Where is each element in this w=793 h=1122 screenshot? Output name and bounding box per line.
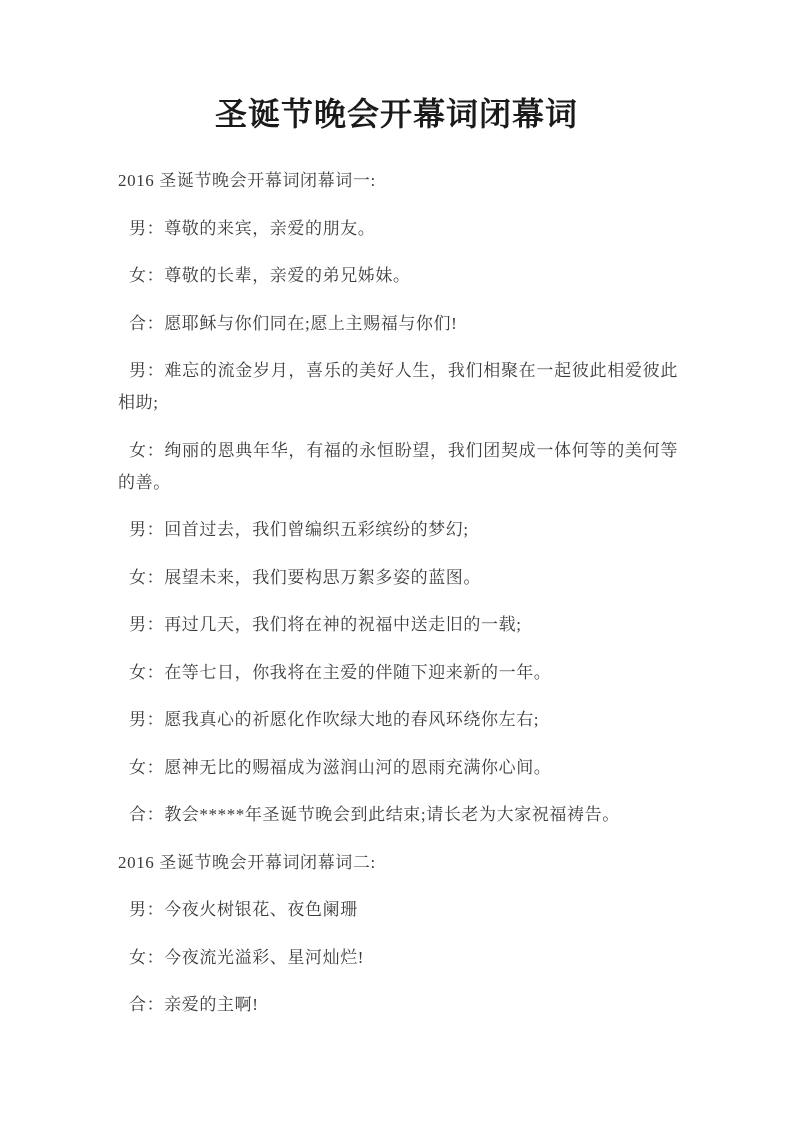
section-heading: 2016 圣诞节晚会开幕词闭幕词一: <box>118 165 678 197</box>
document-page: 圣诞节晚会开幕词闭幕词 2016 圣诞节晚会开幕词闭幕词一: 男：尊敬的来宾，亲… <box>0 0 793 1122</box>
dialog-line: 合：愿耶稣与你们同在;愿上主赐福与你们! <box>118 308 678 340</box>
dialog-line: 女：绚丽的恩典年华，有福的永恒盼望，我们团契成一体何等的美何等的善。 <box>118 435 678 499</box>
dialog-line: 女：今夜流光溢彩、星河灿烂! <box>118 942 678 974</box>
dialog-line: 男：尊敬的来宾，亲爱的朋友。 <box>118 213 678 245</box>
dialog-line: 女：展望未来，我们要构思万絮多姿的蓝图。 <box>118 562 678 594</box>
dialog-line: 男：难忘的流金岁月，喜乐的美好人生，我们相聚在一起彼此相爱彼此相助; <box>118 355 678 419</box>
document-title: 圣诞节晚会开幕词闭幕词 <box>118 98 675 130</box>
document-body: 2016 圣诞节晚会开幕词闭幕词一: 男：尊敬的来宾，亲爱的朋友。 女：尊敬的长… <box>118 165 678 1021</box>
dialog-line: 男：回首过去，我们曾编织五彩缤纷的梦幻; <box>118 514 678 546</box>
dialog-line: 合：亲爱的主啊! <box>118 989 678 1021</box>
dialog-line: 男：今夜火树银花、夜色阑珊 <box>118 894 678 926</box>
dialog-line: 男：愿我真心的祈愿化作吹绿大地的春风环绕你左右; <box>118 704 678 736</box>
section-heading: 2016 圣诞节晚会开幕词闭幕词二: <box>118 847 678 879</box>
dialog-line: 女：尊敬的长辈，亲爱的弟兄姊妹。 <box>118 260 678 292</box>
dialog-line: 女：在等七日，你我将在主爱的伴随下迎来新的一年。 <box>118 657 678 689</box>
dialog-line: 合：教会*****年圣诞节晚会到此结束;请长老为大家祝福祷告。 <box>118 799 678 831</box>
dialog-line: 女：愿神无比的赐福成为滋润山河的恩雨充满你心间。 <box>118 752 678 784</box>
dialog-line: 男：再过几天，我们将在神的祝福中送走旧的一载; <box>118 609 678 641</box>
